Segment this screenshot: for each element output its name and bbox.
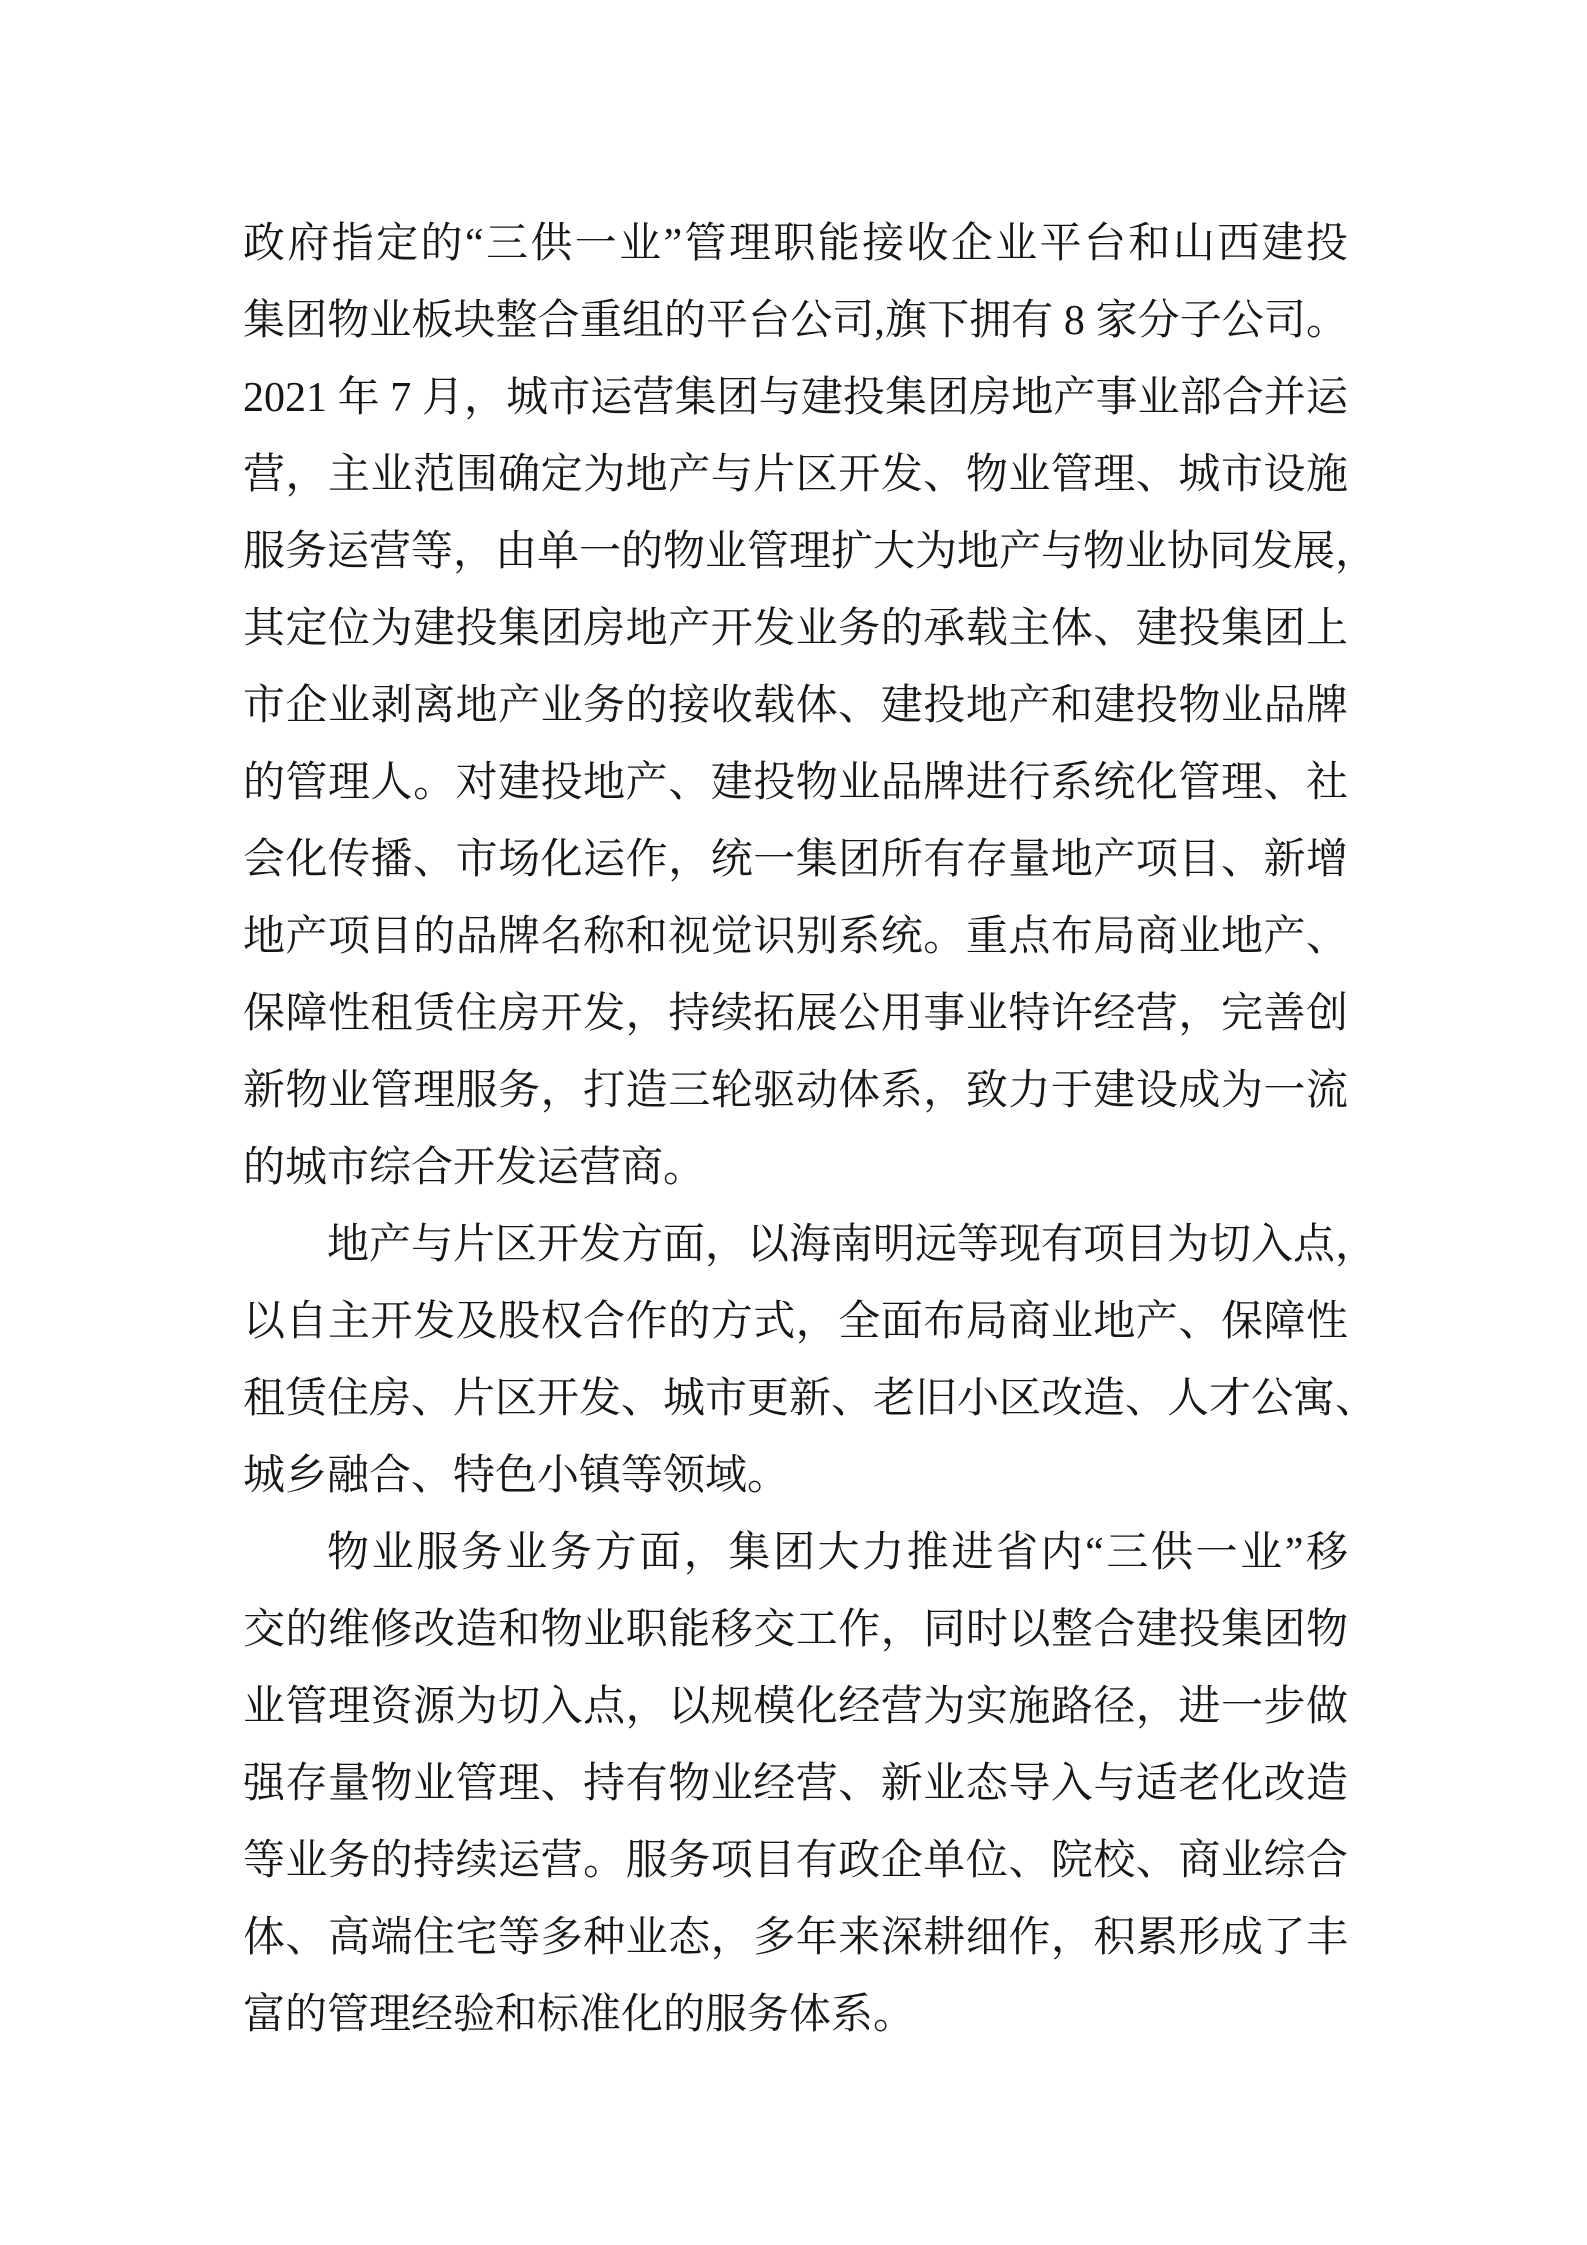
text-line: 交的维修改造和物业职能移交工作，同时以整合建投集团物 [243,1592,1348,1669]
text-line: 城乡融合、特色小镇等领域。 [243,1438,1348,1515]
text-line: 物业服务业务方面，集团大力推进省内“三供一业”移 [243,1515,1348,1592]
text-line: 其定位为建投集团房地产开发业务的承载主体、建投集团上 [243,591,1348,668]
text-line: 等业务的持续运营。服务项目有政企单位、院校、商业综合 [243,1823,1348,1900]
text-line: 强存量物业管理、持有物业经营、新业态导入与适老化改造 [243,1746,1348,1823]
document-page: 政府指定的“三供一业”管理职能接收企业平台和山西建投集团物业板块整合重组的平台公… [0,0,1587,2245]
text-line: 体、高端住宅等多种业态，多年来深耕细作，积累形成了丰 [243,1900,1348,1977]
text-line: 富的管理经验和标准化的服务体系。 [243,1977,1348,2054]
text-line: 政府指定的“三供一业”管理职能接收企业平台和山西建投 [243,206,1348,283]
text-line: 集团物业板块整合重组的平台公司,旗下拥有 8 家分子公司。 [243,283,1348,360]
text-line: 业管理资源为切入点，以规模化经营为实施路径，进一步做 [243,1669,1348,1746]
text-line: 服务运营等，由单一的物业管理扩大为地产与物业协同发展， [243,514,1348,591]
text-line: 租赁住房、片区开发、城市更新、老旧小区改造、人才公寓、 [243,1361,1348,1438]
text-line: 地产项目的品牌名称和视觉识别系统。重点布局商业地产、 [243,899,1348,976]
text-line: 市企业剥离地产业务的接收载体、建投地产和建投物业品牌 [243,668,1348,745]
paragraph: 物业服务业务方面，集团大力推进省内“三供一业”移交的维修改造和物业职能移交工作，… [243,1515,1348,2054]
text-line: 保障性租赁住房开发，持续拓展公用事业特许经营，完善创 [243,976,1348,1053]
text-line: 地产与片区开发方面，以海南明远等现有项目为切入点， [243,1207,1348,1284]
text-line: 的城市综合开发运营商。 [243,1130,1348,1207]
text-line: 2021 年 7 月，城市运营集团与建投集团房地产事业部合并运 [243,360,1348,437]
text-line: 新物业管理服务，打造三轮驱动体系，致力于建设成为一流 [243,1053,1348,1130]
paragraph: 政府指定的“三供一业”管理职能接收企业平台和山西建投集团物业板块整合重组的平台公… [243,206,1348,1207]
text-line: 会化传播、市场化运作，统一集团所有存量地产项目、新增 [243,822,1348,899]
text-line: 的管理人。对建投地产、建投物业品牌进行系统化管理、社 [243,745,1348,822]
text-line: 以自主开发及股权合作的方式，全面布局商业地产、保障性 [243,1284,1348,1361]
text-line: 营，主业范围确定为地产与片区开发、物业管理、城市设施 [243,437,1348,514]
document-body: 政府指定的“三供一业”管理职能接收企业平台和山西建投集团物业板块整合重组的平台公… [243,206,1348,2054]
paragraph: 地产与片区开发方面，以海南明远等现有项目为切入点，以自主开发及股权合作的方式，全… [243,1207,1348,1515]
